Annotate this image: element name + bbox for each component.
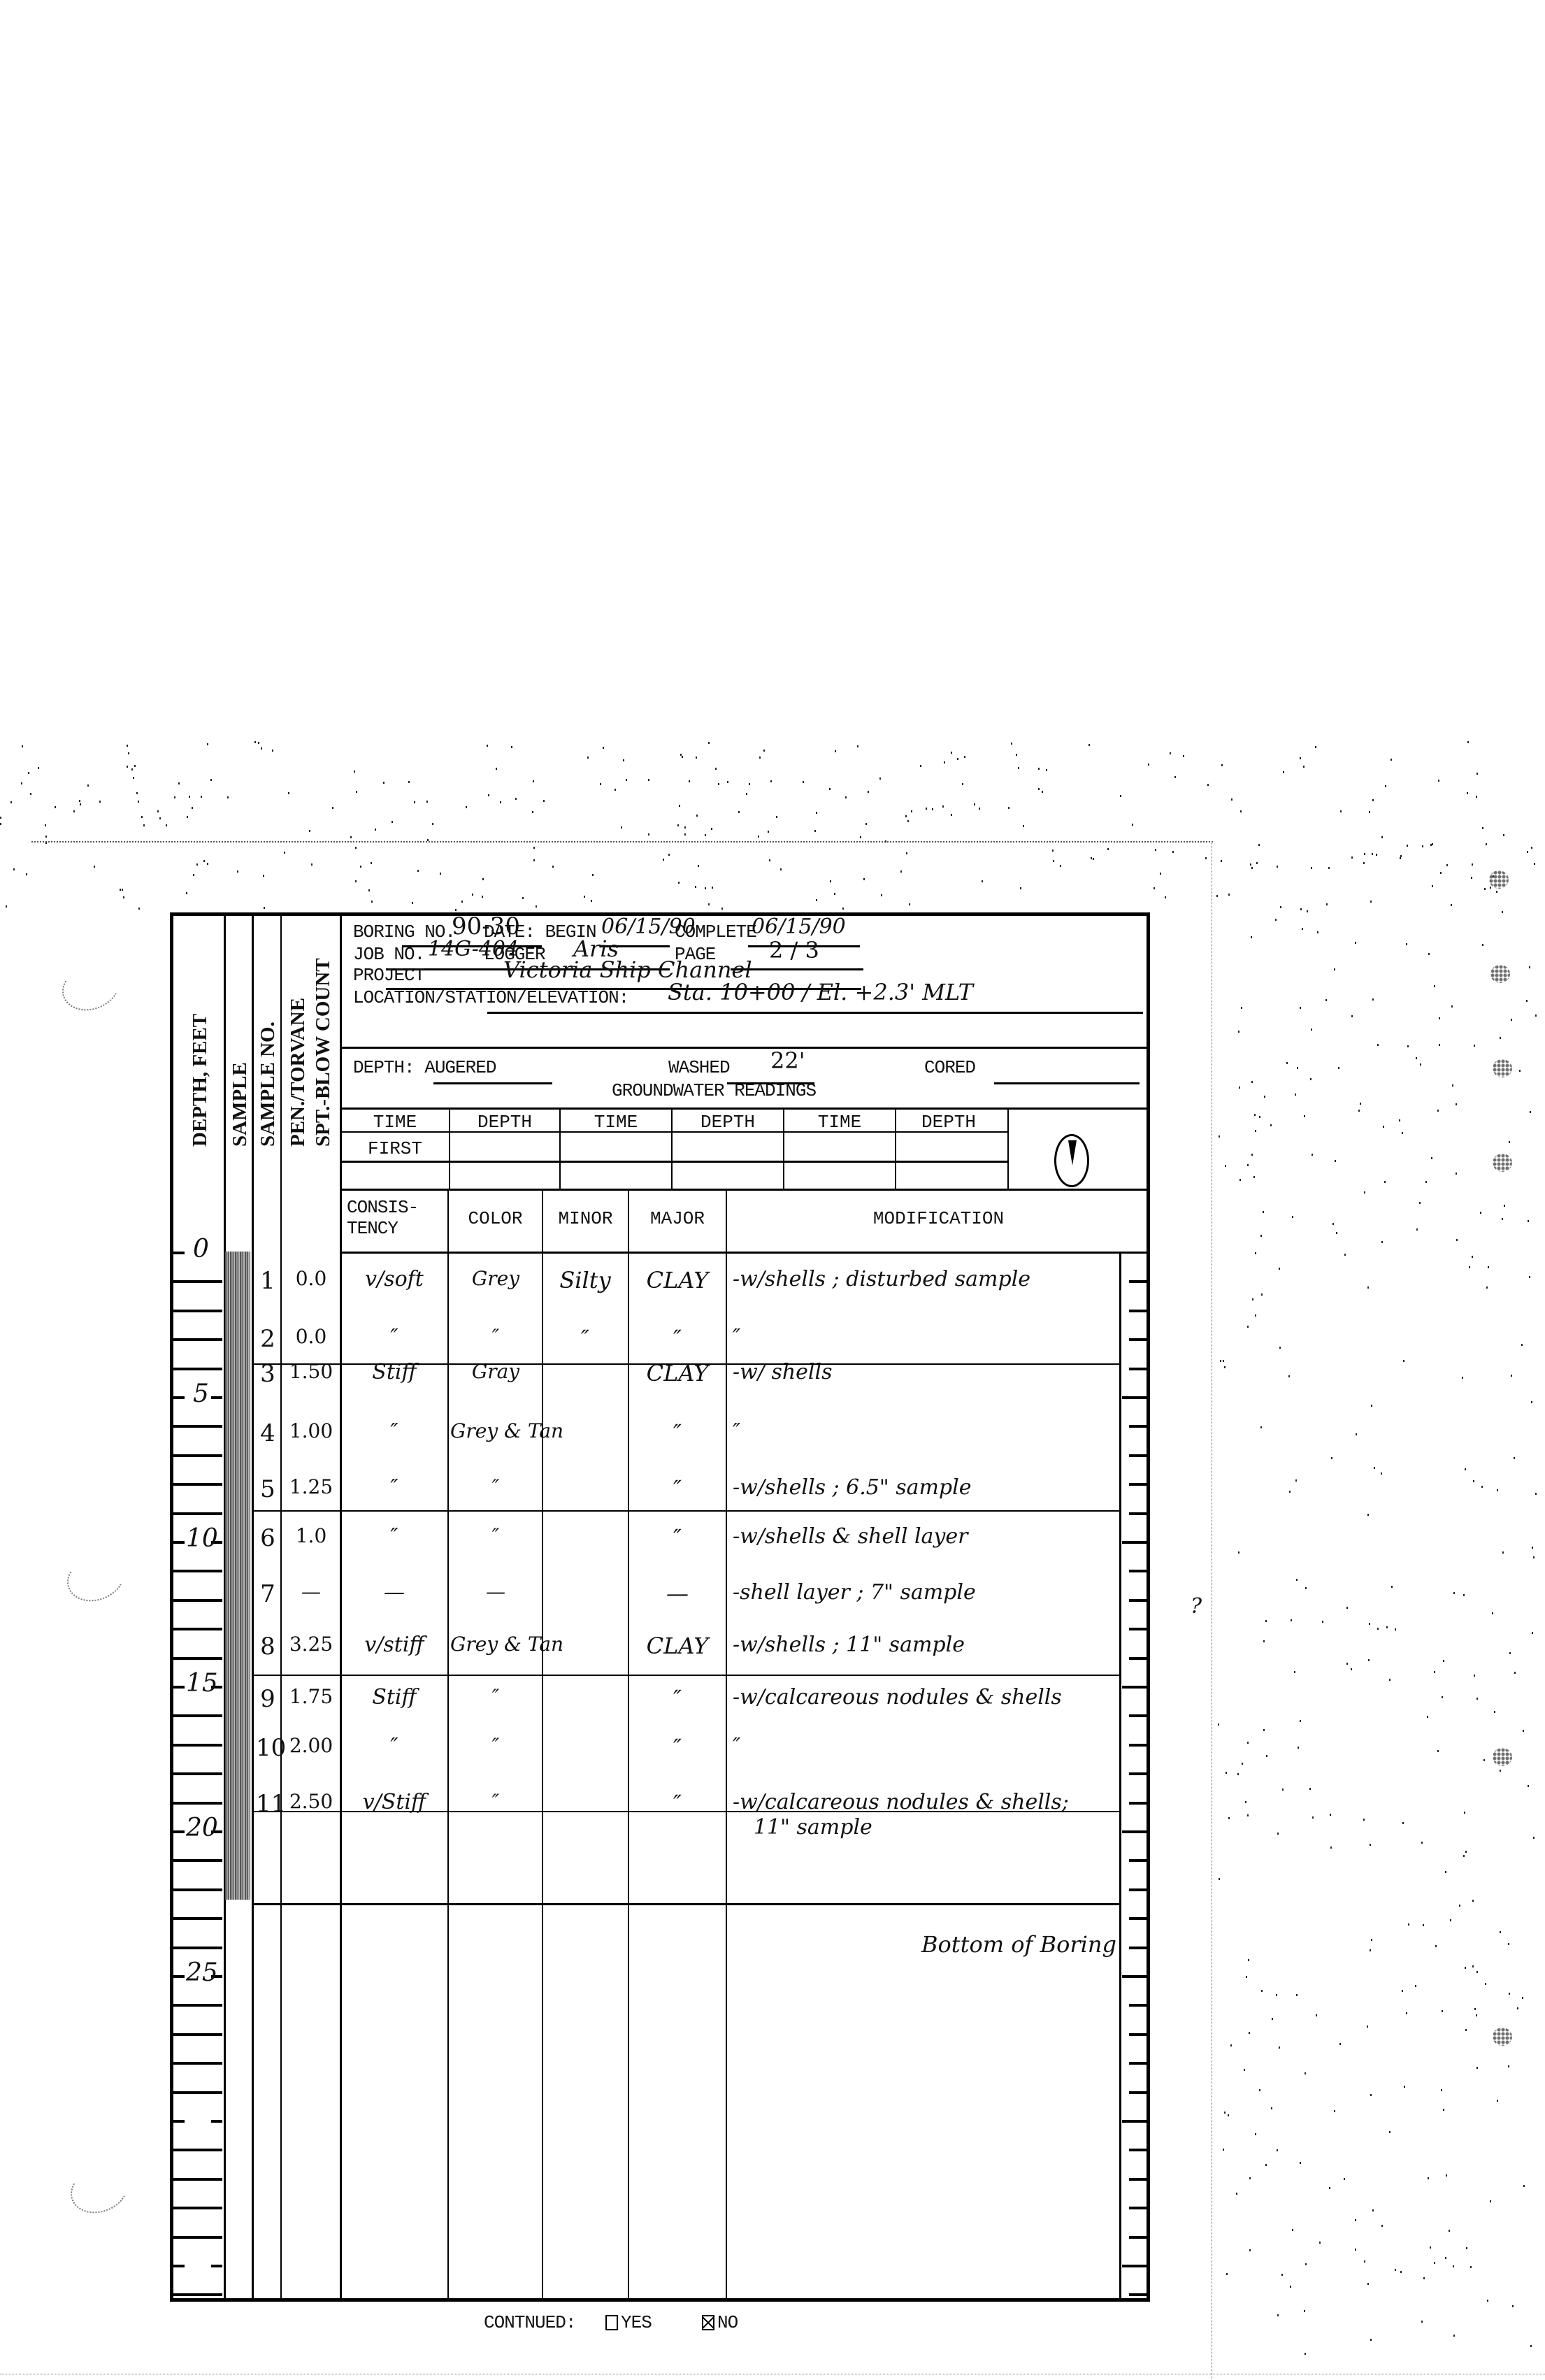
scan-speck (845, 796, 847, 798)
scan-speck (1533, 1556, 1535, 1558)
scan-speck (1369, 1623, 1370, 1625)
sample-modification: -w/shells ; 6.5" sample (733, 1475, 1119, 1500)
scan-speck (482, 896, 483, 898)
scan-speck (711, 828, 712, 830)
scan-speck (1399, 1119, 1400, 1121)
scan-speck (1305, 2353, 1306, 2355)
scan-speck (1334, 968, 1335, 970)
scan-speck (1255, 2133, 1256, 2135)
scan-speck (1372, 998, 1374, 1001)
scan-speck (1238, 1551, 1239, 1554)
sample-consistency: v/stiff (343, 1633, 446, 1657)
scan-speck (1403, 1360, 1404, 1362)
scan-speck (1438, 780, 1439, 782)
scan-speck (1237, 1773, 1239, 1775)
scan-speck (769, 859, 770, 861)
depth-tick (173, 1280, 222, 1283)
scan-speck (1300, 757, 1301, 759)
scan-speck (1303, 766, 1305, 768)
scan-speck (1416, 1228, 1418, 1231)
scan-speck (1453, 2265, 1454, 2267)
sample-pen: 1.25 (282, 1475, 340, 1498)
scan-speck (1224, 1366, 1226, 1368)
depth-tick-right (1129, 1628, 1147, 1630)
scan-speck (1370, 2094, 1372, 2096)
scan-speck (1443, 1660, 1444, 1662)
scan-speck (1241, 1007, 1242, 1009)
depth-tick (173, 2004, 222, 2007)
scan-speck (10, 801, 12, 803)
scan-speck (1476, 1698, 1478, 1700)
depth-tick-major (173, 1830, 185, 1833)
scan-speck (1038, 768, 1040, 770)
scan-speck (1263, 1640, 1265, 1642)
scan-speck (1120, 795, 1121, 797)
scan-speck (412, 902, 413, 904)
continued-no-checkbox[interactable] (702, 2315, 714, 2330)
sample-no: 2 (256, 1325, 280, 1353)
scan-speck (759, 757, 761, 759)
scan-speck (1523, 1730, 1524, 1732)
gw-first-label: FIRST (341, 1138, 449, 1159)
sample-major: ″ (631, 1419, 724, 1446)
depth-tick-major (211, 2265, 222, 2267)
scan-speck (1255, 1130, 1256, 1132)
depth-tick (173, 1368, 222, 1370)
scan-speck (1519, 1070, 1521, 1072)
scan-speck (22, 745, 23, 747)
depth-tick-right (1129, 1454, 1147, 1457)
scan-speck (1011, 743, 1012, 745)
scan-speck (532, 811, 533, 813)
scan-speck (591, 900, 592, 902)
scan-speck (1042, 791, 1043, 793)
depth-tick (173, 1425, 222, 1428)
scan-speck (1305, 1587, 1307, 1589)
scan-speck (1497, 1489, 1498, 1491)
scan-speck (1334, 2110, 1335, 2112)
scan-speck (1280, 906, 1281, 908)
scan-speck (414, 801, 415, 803)
scan-speck (28, 772, 29, 774)
scan-speck (1309, 1788, 1311, 1790)
scan-speck (615, 789, 616, 791)
depth-tick (173, 2236, 222, 2239)
sample-minor: ″ (544, 1325, 626, 1352)
scan-speck (1336, 1232, 1337, 1234)
scan-speck (920, 765, 921, 767)
scan-speck (360, 866, 361, 868)
depth-tick-right (1129, 1425, 1147, 1428)
scan-speck (776, 816, 777, 818)
sample-header: SAMPLE (229, 1062, 252, 1147)
scan-speck (1452, 1084, 1453, 1087)
scan-speck (417, 870, 419, 872)
scan-speck (356, 791, 357, 793)
depth-tick (173, 1628, 222, 1630)
scan-speck (1249, 2177, 1251, 2179)
scan-speck (1304, 1115, 1305, 1117)
scan-speck (1046, 769, 1047, 771)
row-divider (253, 1363, 1119, 1365)
scan-speck (1427, 1716, 1428, 1718)
scan-speck (1247, 1164, 1249, 1166)
scan-speck (1310, 1078, 1312, 1080)
scan-speck (705, 887, 706, 889)
depth-tick-right (1129, 2236, 1147, 2239)
scan-speck (1402, 1132, 1403, 1134)
depth-tick-right (1129, 1947, 1147, 1949)
scan-speck (1534, 863, 1535, 865)
scan-speck (440, 873, 441, 875)
scan-speck (1464, 1812, 1465, 1814)
depth-tick (173, 1888, 222, 1891)
scan-speck (309, 830, 310, 832)
scan-speck (1256, 862, 1258, 864)
scan-speck (803, 781, 804, 783)
scan-speck (1430, 844, 1432, 846)
paper-edge (1212, 841, 1212, 2379)
scan-speck (488, 794, 489, 796)
scan-speck (511, 746, 512, 748)
scan-speck (705, 834, 706, 836)
depth-tick-right (1129, 2207, 1147, 2209)
row-divider (253, 1811, 1119, 1812)
scan-speck (1463, 1855, 1465, 1857)
scan-speck (45, 842, 47, 844)
continued-label: CONTNUED: (484, 2312, 575, 2333)
scan-speck (141, 816, 143, 818)
scan-speck (1486, 1286, 1488, 1289)
cored-field (994, 1082, 1140, 1084)
scan-speck (1251, 936, 1252, 938)
scan-speck (1432, 843, 1433, 845)
scan-speck (1500, 1770, 1501, 1772)
depth-tick-major (173, 2265, 185, 2267)
scan-speck (678, 882, 680, 884)
depth-tick-right (1129, 2293, 1147, 2296)
scan-speck (533, 847, 535, 849)
scan-speck (715, 768, 717, 770)
scan-speck (408, 781, 410, 783)
scan-speck (830, 880, 831, 882)
scan-speck (355, 847, 357, 849)
col-divider (447, 1189, 449, 2302)
scan-speck (1052, 850, 1054, 852)
depth-tick (173, 2062, 222, 2065)
page-value[interactable]: 2 / 3 (769, 937, 819, 963)
scan-speck (1107, 848, 1109, 850)
depth-tick-right (1129, 2178, 1147, 2181)
depth-tick (173, 2149, 222, 2151)
scan-speck (0, 823, 1, 825)
scan-speck (1508, 2065, 1509, 2067)
scan-speck (1292, 2229, 1293, 2231)
scan-speck (522, 897, 524, 899)
depth-tick-right (1122, 2120, 1147, 2123)
scan-speck (1319, 2242, 1321, 2244)
scan-speck (1279, 2046, 1280, 2049)
scan-speck (1406, 943, 1407, 945)
depth-feet-header: DEPTH, FEET (189, 1014, 212, 1147)
scan-speck (860, 836, 861, 838)
scan-speck (1511, 1375, 1512, 1377)
tick-col-divider (1119, 1252, 1121, 2302)
scan-speck (905, 815, 907, 817)
scan-speck (1295, 1094, 1296, 1096)
sample-pen: 0.0 (282, 1325, 340, 1348)
scan-speck (1502, 1218, 1503, 1220)
depth-tick-right (1122, 2265, 1147, 2267)
scan-speck (1531, 847, 1532, 849)
scan-speck (1367, 1514, 1369, 1516)
sample-color: Grey (450, 1267, 541, 1290)
augered-field (433, 1082, 552, 1084)
scan-speck (1465, 2029, 1467, 2031)
scan-speck (682, 756, 683, 758)
scan-speck (1494, 1711, 1495, 1713)
scan-speck (1425, 1181, 1427, 1183)
sample-major: — (631, 1580, 724, 1607)
scan-speck (533, 780, 534, 782)
scan-speck (1511, 1019, 1512, 1021)
scan-speck (829, 788, 831, 790)
scan-speck (1474, 2008, 1476, 2010)
scan-speck (1469, 1266, 1470, 1268)
gw-col-divider (1007, 1107, 1009, 1189)
scan-speck (355, 880, 357, 882)
row-divider (253, 1675, 1119, 1676)
row-divider (340, 1161, 1007, 1163)
scan-speck (1332, 1223, 1334, 1225)
scan-speck (1221, 860, 1222, 862)
continued-yes-checkbox[interactable] (605, 2315, 618, 2330)
washed-value[interactable]: 22' (770, 1047, 805, 1074)
scan-speck (196, 863, 198, 866)
scan-speck (1372, 2209, 1374, 2211)
scan-speck (127, 766, 128, 768)
scan-speck (623, 759, 624, 761)
scan-speck (1422, 845, 1423, 847)
scan-speck (1277, 1833, 1279, 1835)
scan-speck (1330, 1847, 1332, 1849)
scan-speck (1294, 1671, 1295, 1673)
bottom-of-boring-note: Bottom of Boring (921, 1931, 1116, 1958)
scan-speck (1254, 1114, 1256, 1116)
depth-tick-right (1122, 1396, 1147, 1399)
scan-speck (1322, 1621, 1323, 1623)
scan-speck (689, 780, 690, 782)
scan-speck (1260, 1235, 1262, 1237)
scan-speck (1224, 2112, 1226, 2114)
scan-speck (375, 829, 376, 831)
depth-tick-right (1129, 1599, 1147, 1602)
sample-major: ″ (631, 1734, 724, 1761)
sample-no: 11 (256, 1790, 280, 1818)
scan-speck (80, 803, 81, 805)
scan-speck (974, 803, 975, 805)
scan-speck (1526, 1000, 1528, 1002)
scan-speck (885, 840, 886, 843)
scan-speck (1500, 1037, 1501, 1039)
sample-consistency: ″ (343, 1419, 446, 1444)
scan-speck (721, 908, 723, 910)
scan-speck (0, 817, 1, 819)
scan-speck (1265, 2164, 1267, 2166)
scan-speck (1474, 1675, 1475, 1677)
scan-speck (1521, 1344, 1523, 1346)
scan-speck (1259, 2089, 1260, 2091)
depth-tick (173, 1772, 222, 1775)
scan-speck (79, 800, 80, 802)
scan-speck (768, 831, 769, 833)
scan-speck (1317, 931, 1318, 933)
paper-edge (0, 2374, 1545, 2374)
scan-speck (272, 750, 273, 752)
depth-tick-right (1129, 1744, 1147, 1747)
scan-speck (1389, 2131, 1390, 2133)
scan-speck (1335, 1160, 1336, 1162)
scan-speck (1423, 2277, 1425, 2279)
depth-label: 15 (186, 1669, 218, 1698)
scan-speck (738, 811, 740, 813)
scan-speck (857, 745, 858, 747)
scan-speck (1406, 2012, 1407, 2014)
scan-speck (1476, 2014, 1477, 2016)
depth-augered-label: DEPTH: AUGERED (353, 1057, 496, 1078)
sample-major: CLAY (631, 1633, 724, 1659)
scan-speck (1240, 810, 1242, 812)
scan-speck (350, 836, 352, 838)
scan-speck (1472, 1256, 1473, 1258)
scan-speck (1355, 2219, 1356, 2221)
sample-modification: -w/shells ; 11" sample (733, 1633, 1119, 1657)
sample-consistency: ″ (343, 1325, 446, 1349)
job-no-label: JOB NO. (353, 944, 424, 965)
scan-speck (1275, 919, 1277, 921)
depth-tick-right (1129, 1280, 1147, 1283)
depth-tick-major (173, 2120, 185, 2123)
sample-no: 4 (256, 1419, 280, 1447)
scan-speck (1463, 1594, 1465, 1596)
scan-speck (536, 905, 537, 908)
scan-speck (166, 824, 167, 826)
scan-speck (1500, 1931, 1501, 1933)
scan-speck (227, 796, 229, 798)
sample-modification: -w/calcareous nodules & shells (733, 1685, 1119, 1709)
depth-tick (173, 1310, 222, 1312)
scan-speck (603, 747, 604, 749)
scan-speck (1249, 2032, 1250, 2034)
scan-speck (1260, 1426, 1262, 1428)
scan-speck (1226, 2273, 1228, 2275)
scan-speck (1528, 1220, 1529, 1222)
scan-speck (668, 854, 670, 856)
scan-speck (1432, 885, 1433, 887)
scan-speck (432, 823, 433, 825)
scan-speck (1483, 1759, 1485, 1761)
scan-speck (780, 868, 782, 870)
scan-speck (1277, 2149, 1278, 2151)
sample-consistency: ″ (343, 1734, 446, 1758)
scan-speck (1370, 901, 1372, 903)
scan-speck (1239, 1179, 1241, 1181)
scan-speck (1060, 865, 1061, 867)
scan-speck (1474, 1045, 1475, 1047)
scan-speck (187, 816, 188, 818)
scan-speck (718, 783, 719, 785)
scan-speck (1246, 1976, 1247, 1978)
depth-tick (173, 1512, 222, 1515)
scan-speck (1480, 1212, 1481, 1214)
scan-speck (543, 800, 545, 802)
scan-speck (1439, 1017, 1440, 1019)
scan-speck (127, 745, 128, 747)
scan-speck (1255, 1314, 1256, 1317)
complete-value[interactable]: 06/15/90 (752, 915, 846, 939)
scan-speck (1249, 2249, 1251, 2251)
scan-speck (1088, 744, 1090, 746)
scan-speck (1528, 1785, 1529, 1787)
scan-speck (1289, 1491, 1291, 1493)
scan-speck (1381, 1241, 1383, 1243)
scan-speck (455, 909, 457, 911)
scan-speck (1351, 1015, 1353, 1017)
sample-color: ″ (450, 1524, 541, 1547)
scan-speck (708, 903, 710, 905)
scan-speck (1451, 904, 1452, 906)
depth-tick (173, 1570, 222, 1572)
scan-speck (1512, 2305, 1514, 2307)
depth-tick (173, 1599, 222, 1602)
sample-interval-bar (225, 1252, 250, 1900)
scan-speck (1529, 966, 1530, 968)
scan-speck (258, 742, 259, 744)
scan-speck (1258, 844, 1260, 846)
sample-pen: 1.75 (282, 1685, 340, 1708)
scan-speck (1386, 1626, 1388, 1628)
location-label: LOCATION/STATION/ELEVATION: (353, 987, 628, 1008)
scan-speck (814, 830, 816, 832)
scan-speck (863, 878, 865, 880)
scan-speck (964, 756, 965, 758)
scan-speck (1497, 2100, 1498, 2102)
depth-tick (173, 1338, 222, 1341)
scan-speck (1016, 754, 1017, 756)
scan-speck (1223, 1360, 1224, 1362)
scan-speck (1370, 1949, 1371, 1951)
scan-speck (122, 889, 123, 891)
scan-speck (1220, 1360, 1221, 1362)
scan-speck (371, 862, 372, 864)
scan-speck (178, 782, 180, 784)
scan-speck (1389, 1679, 1390, 1681)
scan-speck (1148, 764, 1149, 766)
scan-speck (1372, 799, 1374, 801)
scan-speck (264, 907, 265, 909)
scan-speck (1446, 864, 1448, 866)
scan-speck (1253, 1176, 1255, 1178)
scan-speck (94, 866, 95, 868)
scan-speck (120, 889, 121, 891)
scan-speck (1532, 1632, 1533, 1634)
margin-question-mark: ? (1191, 1594, 1202, 1619)
depth-tick (173, 2091, 222, 2094)
scan-speck (1295, 1479, 1297, 1482)
scan-speck (1423, 1924, 1424, 1926)
scan-speck (1451, 1005, 1453, 1008)
location-value[interactable]: Sta. 10+00 / El. +2.3' MLT (668, 979, 973, 1005)
